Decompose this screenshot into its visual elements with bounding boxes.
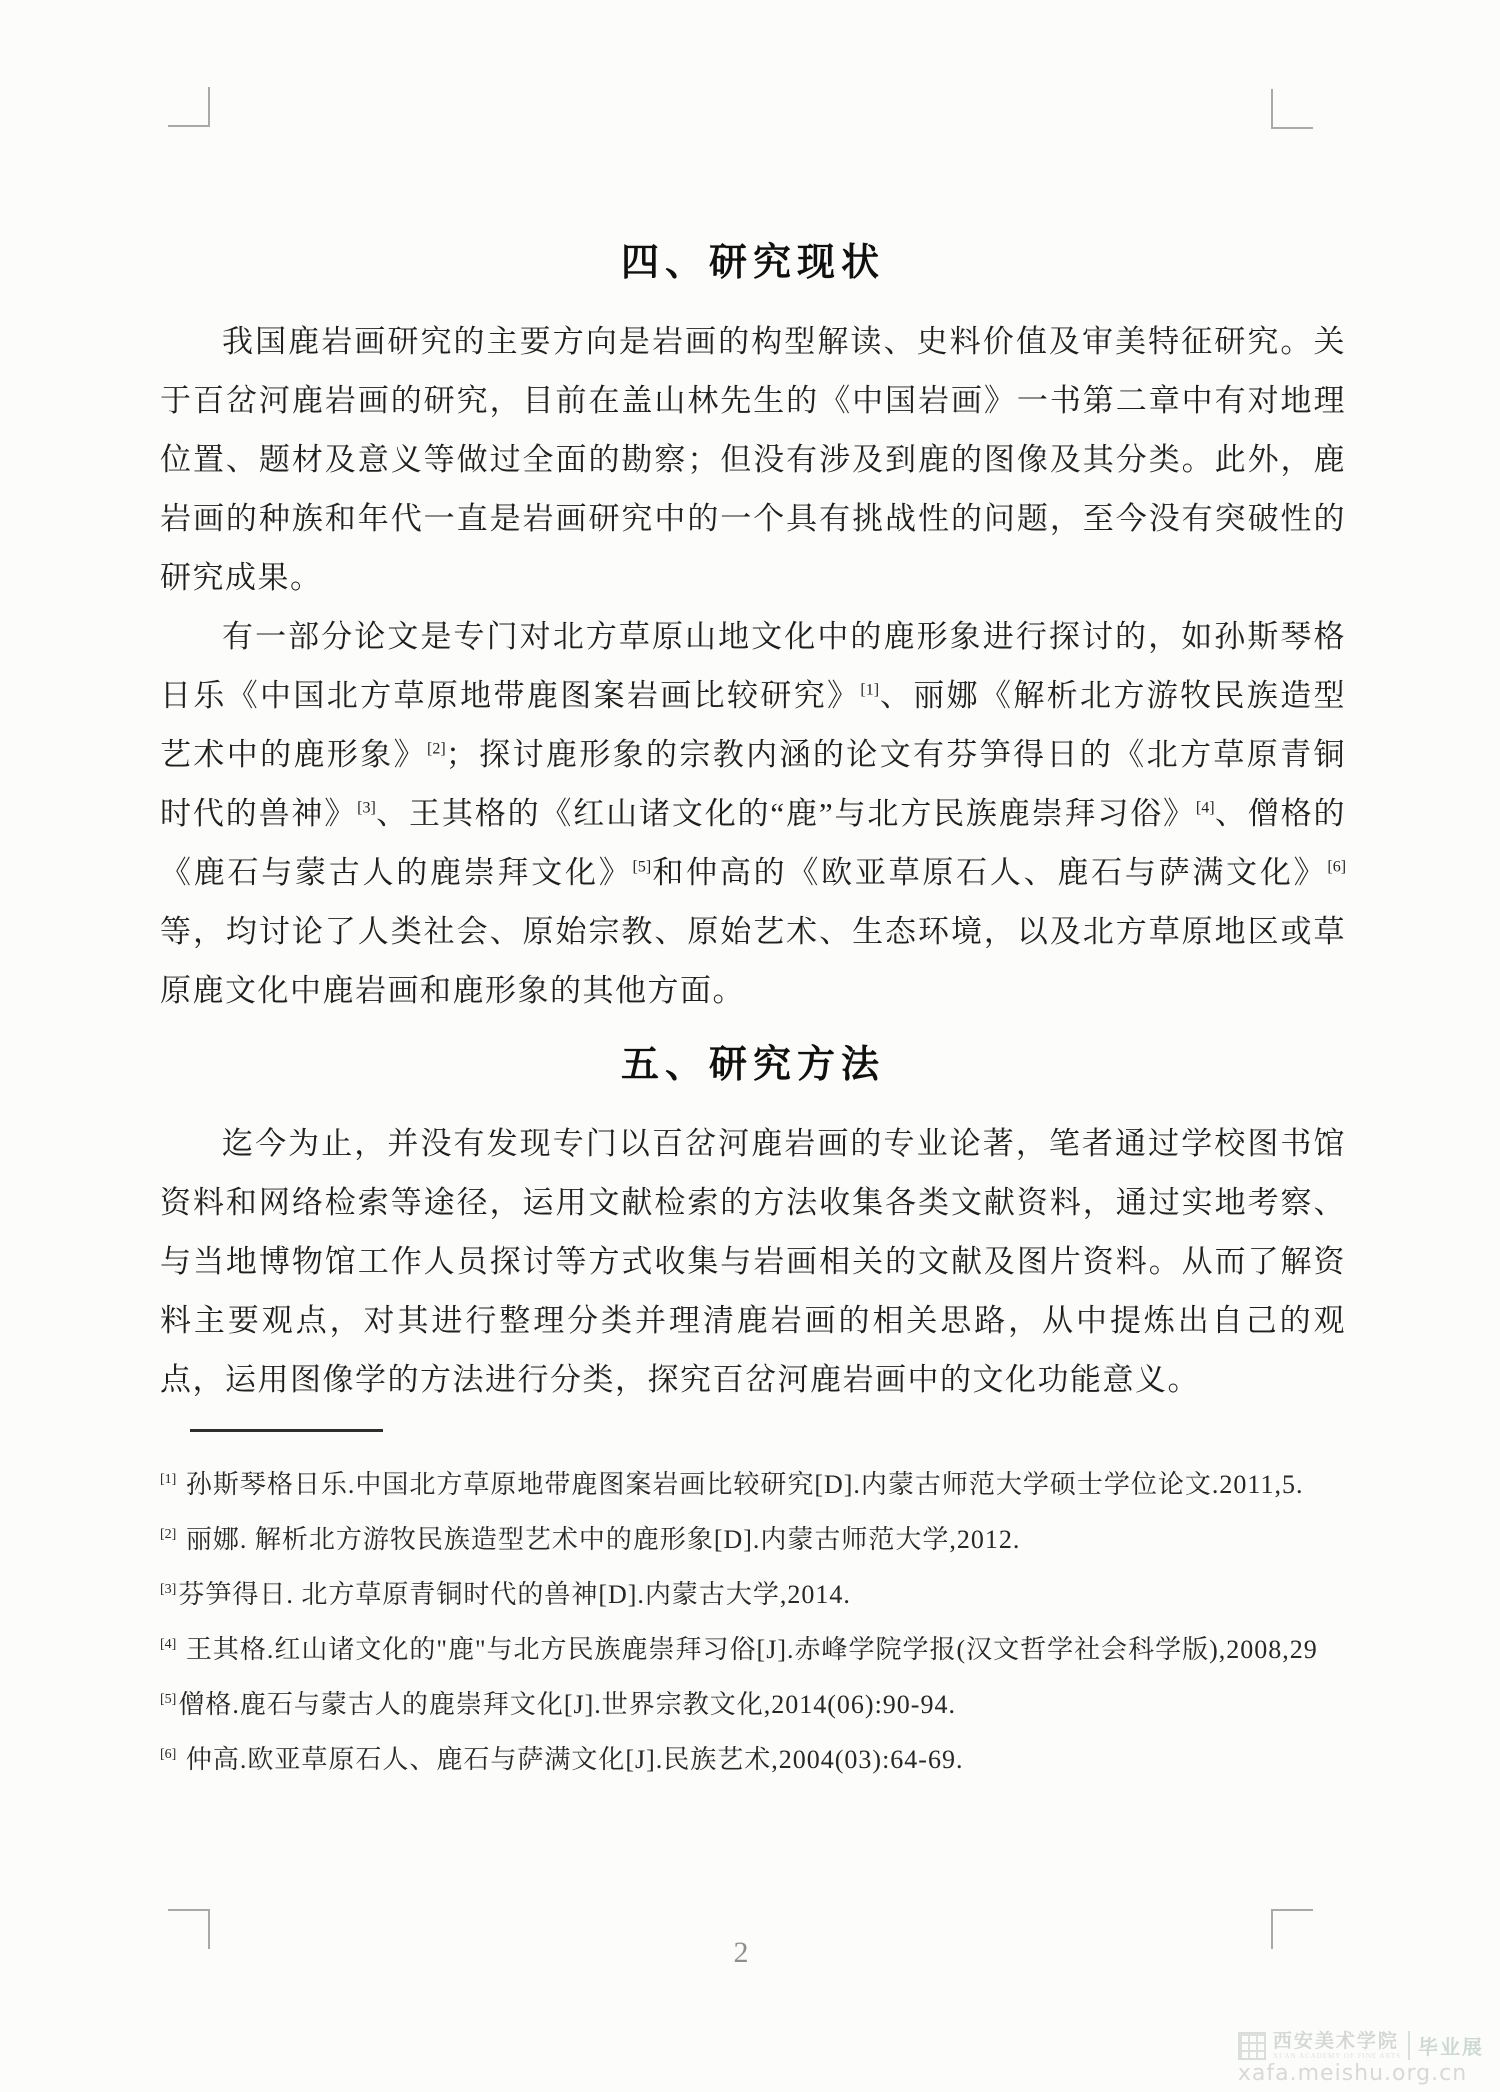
- text-run: 、王其格的《红山诸文化的“鹿”与北方民族鹿崇拜习俗》: [376, 796, 1196, 831]
- footnote-item: [5]僧格.鹿石与蒙古人的鹿崇拜文化[J].世界宗教文化,2014(06):90…: [160, 1680, 1346, 1730]
- footnote-text: 王其格.红山诸文化的"鹿"与北方民族鹿崇拜习俗[J].赤峰学院学报(汉文哲学社会…: [178, 1635, 1317, 1664]
- footnote-text: 芬笋得日. 北方草原青铜时代的兽神[D].内蒙古大学,2014.: [178, 1580, 851, 1609]
- crop-mark-bottom-right: [1271, 1909, 1313, 1949]
- text-run: 我国鹿岩画研究的主要方向是岩画的构型解读、史料价值及审美特征研究。关于百岔河鹿岩…: [160, 324, 1346, 595]
- footnotes-list: [1] 孙斯琴格日乐.中国北方草原地带鹿图案岩画比较研究[D].内蒙古师范大学硕…: [160, 1460, 1346, 1785]
- watermark-exhibition-label: 毕业展: [1408, 2031, 1484, 2060]
- section-heading: 四、研究现状: [160, 238, 1346, 286]
- watermark-school: 西安美术学院 XI'AN ACADEMY OF FINE ARTS: [1273, 2032, 1401, 2060]
- footnote-text: 僧格.鹿石与蒙古人的鹿崇拜文化[J].世界宗教文化,2014(06):90-94…: [178, 1690, 956, 1719]
- footnote-marker: [4]: [160, 1637, 176, 1652]
- watermark: 西安美术学院 XI'AN ACADEMY OF FINE ARTS 毕业展 xa…: [1238, 2031, 1484, 2086]
- footnote-marker: [1]: [160, 1472, 176, 1487]
- watermark-url: xafa.meishu.org.cn: [1238, 2061, 1484, 2086]
- sections-container: 四、研究现状我国鹿岩画研究的主要方向是岩画的构型解读、史料价值及审美特征研究。关…: [160, 238, 1346, 1409]
- footnote-item: [6] 仲高.欧亚草原石人、鹿石与萨满文化[J].民族艺术,2004(03):6…: [160, 1735, 1346, 1785]
- document-page: 四、研究现状我国鹿岩画研究的主要方向是岩画的构型解读、史料价值及审美特征研究。关…: [0, 0, 1500, 2092]
- footnote-marker: [6]: [160, 1747, 176, 1762]
- footnote-ref: [2]: [427, 741, 446, 758]
- footnote-item: [2] 丽娜. 解析北方游牧民族造型艺术中的鹿形象[D].内蒙古师范大学,201…: [160, 1515, 1346, 1565]
- watermark-school-name-en: XI'AN ACADEMY OF FINE ARTS: [1273, 2053, 1401, 2060]
- footnote-item: [1] 孙斯琴格日乐.中国北方草原地带鹿图案岩画比较研究[D].内蒙古师范大学硕…: [160, 1460, 1346, 1510]
- paragraph: 我国鹿岩画研究的主要方向是岩画的构型解读、史料价值及审美特征研究。关于百岔河鹿岩…: [160, 312, 1346, 607]
- footnote-text: 仲高.欧亚草原石人、鹿石与萨满文化[J].民族艺术,2004(03):64-69…: [178, 1745, 963, 1774]
- footnote-ref: [1]: [860, 682, 879, 699]
- watermark-school-name: 西安美术学院: [1273, 2032, 1401, 2051]
- text-run: 迄今为止，并没有发现专门以百岔河鹿岩画的专业论著，笔者通过学校图书馆资料和网络检…: [160, 1126, 1346, 1397]
- footnote-item: [4] 王其格.红山诸文化的"鹿"与北方民族鹿崇拜习俗[J].赤峰学院学报(汉文…: [160, 1625, 1346, 1675]
- footnote-text: 丽娜. 解析北方游牧民族造型艺术中的鹿形象[D].内蒙古师范大学,2012.: [178, 1525, 1020, 1554]
- crop-mark-bottom-left: [168, 1909, 210, 1949]
- paragraph: 迄今为止，并没有发现专门以百岔河鹿岩画的专业论著，笔者通过学校图书馆资料和网络检…: [160, 1114, 1346, 1409]
- paragraph: 有一部分论文是专门对北方草原山地文化中的鹿形象进行探讨的，如孙斯琴格日乐《中国北…: [160, 607, 1346, 1020]
- footnote-ref: [5]: [632, 859, 651, 876]
- footnote-ref: [4]: [1196, 800, 1215, 817]
- footnote-marker: [2]: [160, 1527, 176, 1542]
- footnote-item: [3]芬笋得日. 北方草原青铜时代的兽神[D].内蒙古大学,2014.: [160, 1570, 1346, 1620]
- text-run: 和仲高的《欧亚草原石人、鹿石与萨满文化》: [651, 855, 1327, 890]
- footnote-marker: [3]: [160, 1582, 176, 1597]
- text-run: 等，均讨论了人类社会、原始宗教、原始艺术、生态环境，以及北方草原地区或草原鹿文化…: [160, 914, 1346, 1008]
- watermark-row: 西安美术学院 XI'AN ACADEMY OF FINE ARTS 毕业展: [1238, 2031, 1484, 2060]
- footnote-text: 孙斯琴格日乐.中国北方草原地带鹿图案岩画比较研究[D].内蒙古师范大学硕士学位论…: [178, 1470, 1303, 1499]
- footnote-ref: [3]: [357, 800, 376, 817]
- footnote-ref: [6]: [1327, 859, 1346, 876]
- footnote-separator: [190, 1429, 383, 1432]
- watermark-logo-icon: [1238, 2032, 1266, 2060]
- footnote-marker: [5]: [160, 1692, 176, 1707]
- crop-mark-top-left: [168, 87, 210, 127]
- section-heading: 五、研究方法: [160, 1040, 1346, 1088]
- crop-mark-top-right: [1271, 89, 1313, 129]
- page-content: 四、研究现状我国鹿岩画研究的主要方向是岩画的构型解读、史料价值及审美特征研究。关…: [160, 238, 1346, 1790]
- page-number: 2: [716, 1936, 766, 1970]
